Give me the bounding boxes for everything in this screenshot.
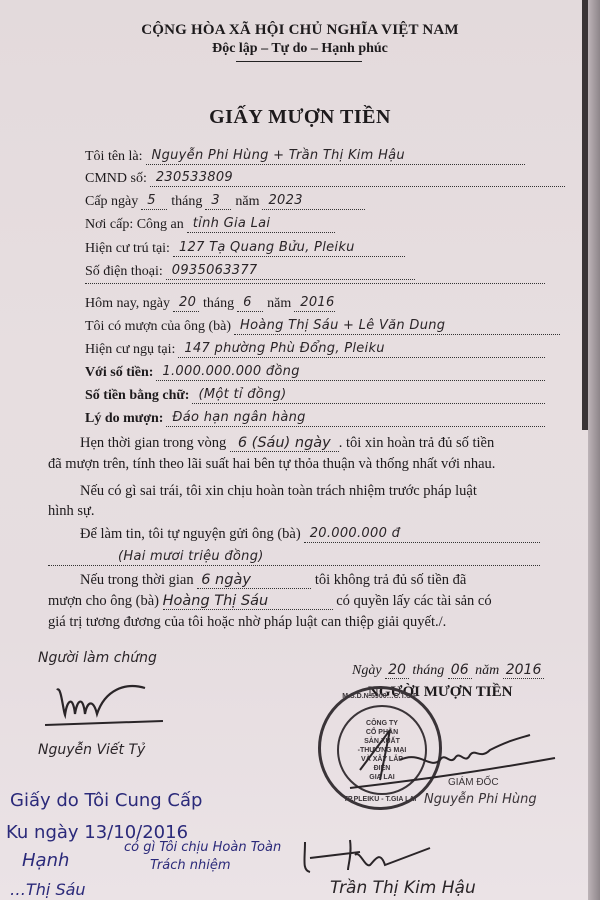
witness-name: Nguyễn Viết Tỷ — [38, 742, 145, 758]
default-line1: Nếu trong thời gian 6 ngày tôi không trả… — [80, 572, 466, 589]
national-title: CỘNG HÒA XÃ HỘI CHỦ NGHĨA VIỆT NAM — [0, 22, 588, 39]
lender-label: Tôi có mượn của ông (bà) — [85, 319, 231, 335]
collateral-words-row: (Hai mươi triệu đồng) — [48, 549, 540, 566]
amount-words-label: Số tiền bằng chữ: — [85, 388, 189, 404]
today-label: Hôm nay, ngày — [85, 296, 170, 312]
default-line3: giá trị tương đương của tôi hoặc nhờ phá… — [48, 614, 446, 631]
today-month-label: tháng — [203, 296, 234, 312]
note-line1: Giấy do Tôi Cung Cấp — [10, 790, 202, 811]
reason-row: Lý do mượn: Đáo hạn ngân hàng — [85, 410, 545, 427]
issued-year-value: 2023 — [268, 193, 302, 208]
amount-value: 1.000.000.000 đồng — [162, 364, 299, 379]
collateral-label: Để làm tin, tôi tự nguyện gửi ông (bà) — [80, 526, 301, 543]
director-name: Nguyễn Phi Hùng — [424, 792, 537, 807]
lender-residence-row: Hiện cư ngụ tại: 147 phường Phù Đổng, Pl… — [85, 341, 545, 358]
signature-date: Ngày 20 tháng 06 năm 2016 — [352, 662, 544, 679]
today-year-label: năm — [267, 296, 291, 312]
borrower-name-row: Tôi tên là: Nguyễn Phi Hùng + Trần Thị K… — [85, 148, 525, 165]
director-title: GIÁM ĐỐC — [448, 777, 499, 788]
page-edge-shadow — [588, 0, 600, 900]
second-borrower-name: Trần Thị Kim Hậu — [330, 878, 476, 898]
collateral-row: Để làm tin, tôi tự nguyện gửi ông (bà) 2… — [80, 526, 540, 543]
lender-residence-label: Hiện cư ngụ tại: — [85, 342, 175, 358]
second-borrower-signature — [300, 830, 440, 880]
collateral-value: 20.000.000 đ — [310, 526, 400, 541]
amount-words-value: (Một tỉ đồng) — [198, 387, 286, 402]
amount-label: Với số tiền: — [85, 365, 153, 381]
collateral-words-value: (Hai mươi triệu đồng) — [118, 549, 264, 564]
reason-label: Lý do mượn: — [85, 411, 163, 427]
borrower-id-row: CMND số: 230533809 — [85, 170, 565, 187]
today-year: 2016 — [300, 295, 334, 310]
motto-underline — [236, 61, 362, 62]
note-line3: có gì Tôi chịu Hoàn Toàn — [124, 840, 281, 855]
borrower-name-value: Nguyễn Phi Hùng + Trần Thị Kim Hậu — [152, 148, 405, 163]
issued-year-label: năm — [235, 194, 259, 210]
amount-words-row: Số tiền bằng chữ: (Một tỉ đồng) — [85, 387, 545, 404]
default-period-value: 6 ngày — [197, 572, 311, 589]
borrower-issued-place-row: Nơi cấp: Công an tỉnh Gia Lai — [85, 216, 335, 233]
residence-label: Hiện cư trú tại: — [85, 241, 170, 257]
phone-label: Số điện thoại: — [85, 264, 163, 280]
residence-value: 127 Tạ Quang Bửu, Pleiku — [179, 240, 355, 255]
borrower-phone-row: Số điện thoại: 0935063377 — [85, 263, 415, 280]
default-line2: mượn cho ông (bà) Hoàng Thị Sáu có quyền… — [48, 593, 492, 610]
loan-document-page: CỘNG HÒA XÃ HỘI CHỦ NGHĨA VIỆT NAM Độc l… — [0, 0, 588, 900]
witness-label: Người làm chứng — [38, 650, 157, 666]
borrower-residence-row: Hiện cư trú tại: 127 Tạ Quang Bửu, Pleik… — [85, 240, 405, 257]
lender-residence-value: 147 phường Phù Đổng, Pleiku — [184, 341, 384, 356]
repay-term-line1: Hẹn thời gian trong vòng 6 (Sáu) ngày. t… — [80, 435, 494, 452]
note-signer: Hạnh — [22, 850, 69, 871]
issued-place-value: tỉnh Gia Lai — [193, 216, 271, 231]
note-line4: Trách nhiệm — [150, 858, 231, 873]
repay-term-line2: đã mượn trên, tính theo lãi suất hai bên… — [48, 456, 495, 473]
issued-month-label: tháng — [171, 194, 202, 210]
borrower-name-label: Tôi tên là: — [85, 149, 143, 165]
issued-day-label: Cấp ngày — [85, 194, 138, 210]
issued-place-label: Nơi cấp: Công an — [85, 217, 184, 233]
today-month: 6 — [243, 295, 252, 310]
default-lender-value: Hoàng Thị Sáu — [163, 593, 333, 610]
today-day: 20 — [179, 295, 196, 310]
issued-day-value: 5 — [147, 193, 156, 208]
borrower-id-value: 230533809 — [156, 170, 233, 185]
phone-value: 0935063377 — [172, 263, 258, 278]
lender-row: Tôi có mượn của ông (bà) Hoàng Thị Sáu +… — [85, 318, 560, 335]
reason-value: Đáo hạn ngân hàng — [172, 410, 305, 425]
liability-line2: hình sự. — [48, 503, 95, 520]
document-title: GIẤY MƯỢN TIỀN — [0, 106, 588, 129]
note-bottom-left: …Thị Sáu — [10, 880, 86, 899]
today-date-row: Hôm nay, ngày 20 tháng 6 năm 2016 — [85, 295, 335, 312]
issued-month-value: 3 — [211, 193, 220, 208]
liability-line1: Nếu có gì sai trái, tôi xin chịu hoàn to… — [80, 483, 477, 500]
borrower-issued-date-row: Cấp ngày 5 tháng 3 năm 2023 — [85, 193, 365, 210]
national-motto: Độc lập – Tự do – Hạnh phúc — [0, 41, 588, 57]
amount-row: Với số tiền: 1.000.000.000 đồng — [85, 364, 545, 381]
repay-period-value: 6 (Sáu) ngày — [230, 435, 339, 452]
borrower-id-label: CMND số: — [85, 171, 147, 187]
lender-value: Hoàng Thị Sáu + Lê Văn Dung — [240, 318, 445, 333]
separator-dotted — [85, 282, 545, 284]
